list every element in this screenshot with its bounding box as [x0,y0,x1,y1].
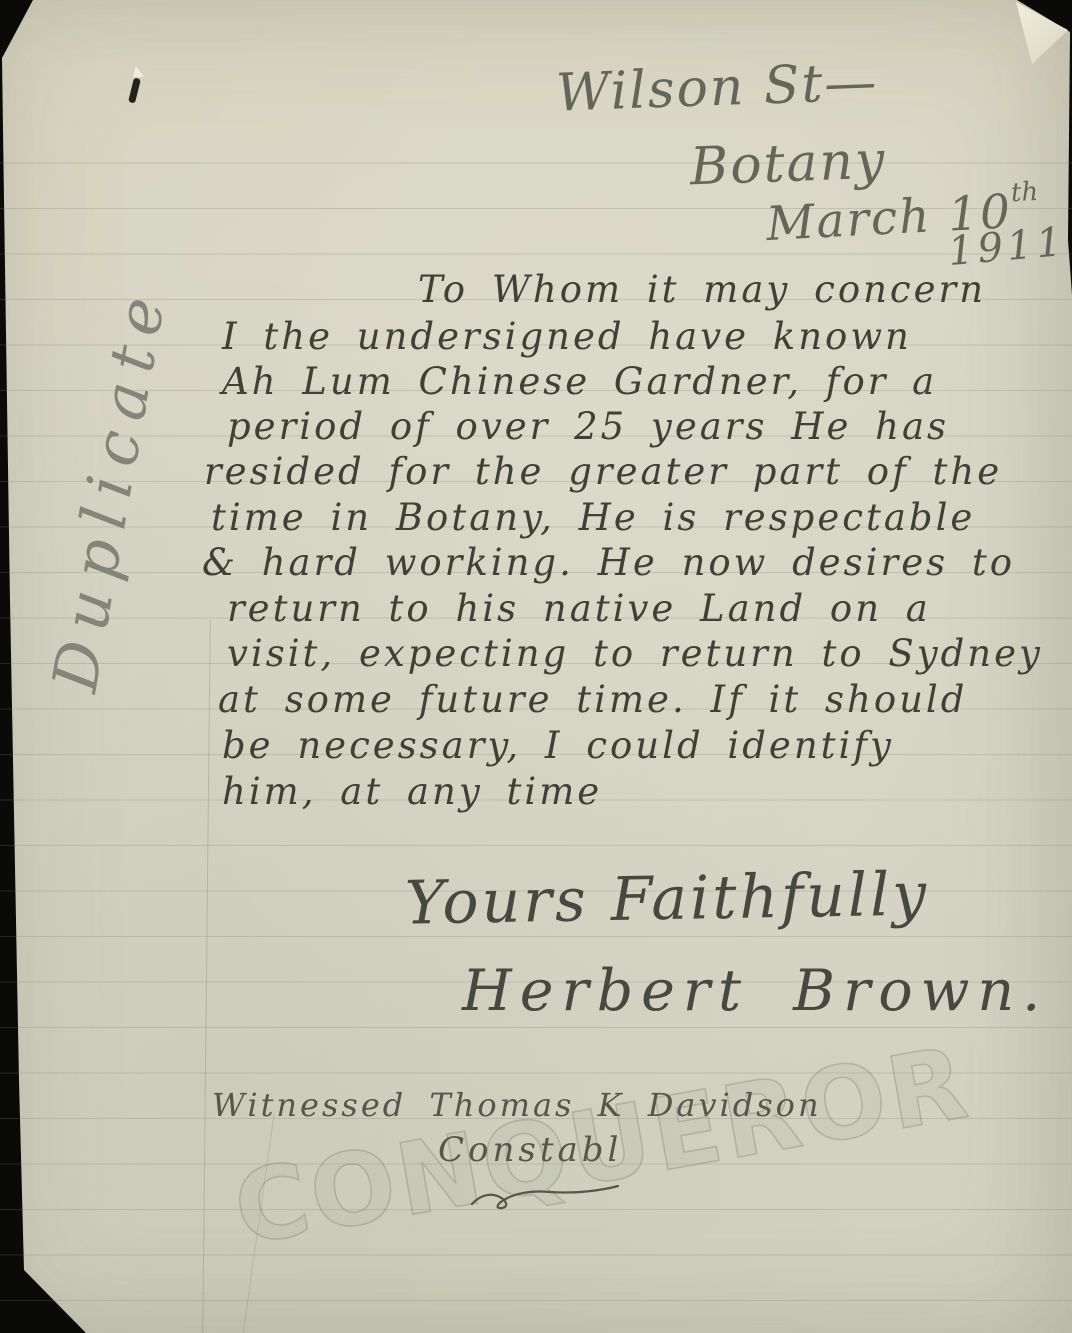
body-line: period of over 25 years He has [227,405,949,448]
body-line: be necessary, I could identify [222,724,894,767]
scanned-letter: CONQUEROR Duplicate Wilson St— Botany Ma… [0,0,1072,1333]
body-line: him, at any time [222,770,602,813]
body-line: time in Botany, He is respectable [211,496,975,539]
witness-title: Constabl [438,1130,622,1170]
body-line: & hard working. He now desires to [202,541,1015,584]
body-line: return to his native Land on a [227,587,931,630]
body-line: at some future time. If it should [218,678,967,721]
salutation: To Whom it may concern [418,268,986,311]
body-line: I the undersigned have known [222,315,912,358]
body-line: visit, expecting to return to Sydney [227,632,1043,675]
address-street: Wilson St— [555,52,879,123]
date-ordinal: th [1010,177,1039,208]
body-line: Ah Lum Chinese Gardner, for a [222,360,937,403]
witness-line: Witnessed Thomas K Davidson [212,1086,822,1124]
signature-flourish [458,1172,628,1216]
valediction: Yours Faithfully [404,859,929,938]
signature: Herbert Brown. [462,958,1048,1024]
body-line: resided for the greater part of the [204,450,1002,493]
